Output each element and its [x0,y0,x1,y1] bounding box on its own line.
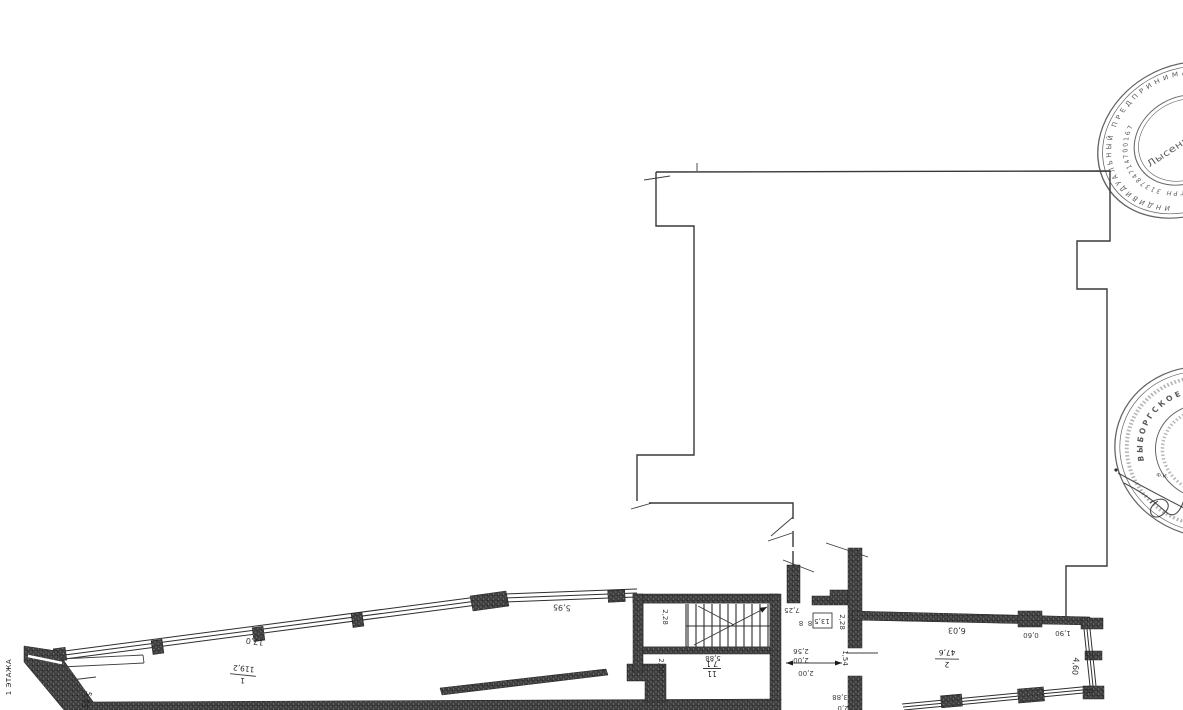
dim-label-13-5: 13,5 [814,617,830,625]
dim-label-6-03: 6,03 [948,626,966,636]
window-pillar [351,612,364,627]
wall-column-a [787,565,800,603]
dim-label-2-56: 2,56 [793,647,809,655]
mid-partition-walls [783,543,878,710]
stair-direction-arrowhead [760,607,768,613]
dim-label-1-90: 1,90 [1055,629,1071,637]
dim-label-4-60: 4,60 [1070,657,1081,676]
stair-wall-left [633,594,643,672]
dim-label-8b: 8 [808,619,812,627]
room-label-1: 1 119,2 [229,663,257,687]
floor-title: 1 ЭТАЖА [5,659,13,695]
stamp-entrepreneur-name: Лысенко [1145,130,1183,170]
window-wall-southwest [53,589,637,662]
window-bend-pillar [470,591,509,611]
dim-label-0-60: 0,60 [1023,631,1039,639]
dim-label-2-00b: 2,00 [798,669,814,677]
stair-wall-bottom [643,647,770,654]
svg-text:47,6: 47,6 [938,648,955,657]
svg-text:11: 11 [707,669,717,678]
south-wall-band [88,664,781,710]
svg-text:119,2: 119,2 [232,663,255,674]
corner-tick [644,176,670,180]
wall-column-b [848,548,862,648]
dim-label-1-54: 1,54 [841,650,849,666]
room2-top-wall [852,611,1090,625]
dim-label-2-0: 2,0 [837,704,848,710]
dim-label-8a: 8 [799,619,803,627]
svg-text:1: 1 [239,676,245,685]
room2-walls [852,611,1104,710]
door-leaf [768,533,792,541]
dim-label-2-50: 2,50 [657,658,665,674]
room2-pillar [1018,611,1042,627]
dim-arrowhead [835,661,842,666]
dim-label-2-28-stair: 2,28 [661,609,669,625]
corner-tick [631,503,652,509]
scanned-floor-plan-page: 5,55 17,0 5,95 2,28 5,88 2,50 7,25 8 8 1… [0,0,1183,710]
stair-direction-line2 [698,606,734,625]
stamp-district: ВЫБОРГСКОЕ Ф.И. [1092,342,1183,561]
dim-arrowhead [786,661,793,666]
interior-diagonal-wall [440,669,608,695]
big-hall-outline [631,163,1110,617]
svg-text:7,1: 7,1 [706,659,718,668]
room-label-2: 2 47,6 [935,648,959,669]
stamp-entrepreneur: ИНДИВИДУАЛЬНЫЙ ПРЕДПРИНИМАТЕЛЬ ✱ ОГРН 31… [1069,31,1183,249]
stair-wall-top [633,594,778,603]
dim-label-5-95: 5,95 [553,602,571,612]
window-pillar [151,639,164,654]
stamp-district-small-text: Ф.И. [1156,473,1169,480]
dim-label-7-25: 7,25 [784,606,800,614]
dim-label-3-88: 3,88 [832,693,848,701]
door-swing [771,517,793,536]
floor-plan-canvas: 5,55 17,0 5,95 2,28 5,88 2,50 7,25 8 8 1… [0,0,1183,710]
window-pillar [608,590,626,603]
svg-text:2: 2 [944,660,949,669]
dim-label-2-28b: 2,28 [838,614,846,630]
stair-wall-right [770,594,781,700]
stair-treads [686,604,770,647]
room2-window-south [902,686,1094,710]
